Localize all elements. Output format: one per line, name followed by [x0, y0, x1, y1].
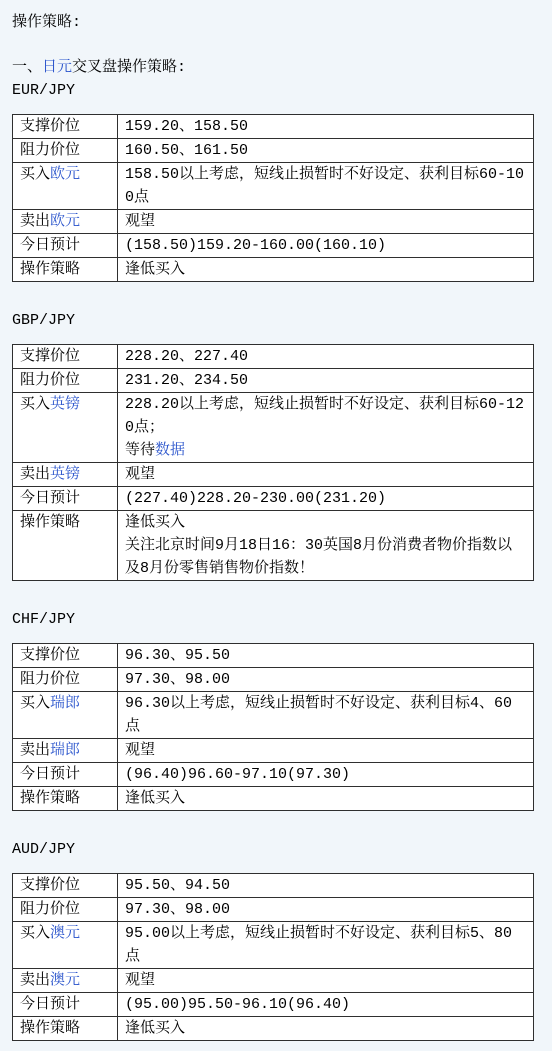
data-link[interactable]: 数据: [155, 442, 185, 459]
row-value: 观望: [118, 463, 534, 487]
row-value: 96.30、95.50: [118, 644, 534, 668]
value-text: 228.20以上考虑，短线止损暂时不好设定、获利目标60-120点；: [125, 396, 524, 436]
row-label: 阻力价位: [13, 898, 118, 922]
table-row: 买入英镑 228.20以上考虑，短线止损暂时不好设定、获利目标60-120点；等…: [13, 393, 534, 463]
table-row: 卖出瑞郎 观望: [13, 739, 534, 763]
jpy-link[interactable]: 日元: [42, 59, 72, 76]
section-heading: 一、日元交叉盘操作策略:EUR/JPY: [12, 56, 539, 102]
row-label: 阻力价位: [13, 139, 118, 163]
strategy-table-audjpy: 支撑价位 95.50、94.50 阻力价位 97.30、98.00 买入澳元 9…: [12, 873, 534, 1041]
table-row: 买入欧元 158.50以上考虑，短线止损暂时不好设定、获利目标60-100点: [13, 163, 534, 210]
row-value: 逢低买入: [118, 787, 534, 811]
table-row: 操作策略 逢低买入: [13, 1017, 534, 1041]
gbp-currency-link[interactable]: 英镑: [50, 396, 80, 413]
value-text: 关注北京时间9月18日16：30英国8月份消费者物价指数以及8月份零售销售物价指…: [125, 537, 512, 577]
row-label: 买入澳元: [13, 922, 118, 969]
value-text: 等待: [125, 442, 155, 459]
row-label: 支撑价位: [13, 115, 118, 139]
eur-currency-link[interactable]: 欧元: [50, 166, 80, 183]
row-value: 228.20、227.40: [118, 345, 534, 369]
table-row: 阻力价位 97.30、98.00: [13, 898, 534, 922]
table-row: 今日预计 (96.40)96.60-97.10(97.30): [13, 763, 534, 787]
strategy-table-chfjpy: 支撑价位 96.30、95.50 阻力价位 97.30、98.00 买入瑞郎 9…: [12, 643, 534, 811]
row-value: 逢低买入关注北京时间9月18日16：30英国8月份消费者物价指数以及8月份零售销…: [118, 511, 534, 581]
row-label: 卖出欧元: [13, 210, 118, 234]
table-row: 阻力价位 231.20、234.50: [13, 369, 534, 393]
row-label: 操作策略: [13, 787, 118, 811]
table-row: 操作策略 逢低买入关注北京时间9月18日16：30英国8月份消费者物价指数以及8…: [13, 511, 534, 581]
table-row: 今日预计 (227.40)228.20-230.00(231.20): [13, 487, 534, 511]
table-row: 阻力价位 97.30、98.00: [13, 668, 534, 692]
row-value: 96.30以上考虑，短线止损暂时不好设定、获利目标4、60点: [118, 692, 534, 739]
section-heading-suffix: 交叉盘操作策略:: [72, 59, 186, 76]
row-label: 今日预计: [13, 993, 118, 1017]
table-row: 卖出英镑 观望: [13, 463, 534, 487]
row-value: 231.20、234.50: [118, 369, 534, 393]
row-value: 逢低买入: [118, 1017, 534, 1041]
row-label: 今日预计: [13, 487, 118, 511]
row-value: 95.00以上考虑，短线止损暂时不好设定、获利目标5、80点: [118, 922, 534, 969]
table-row: 卖出欧元 观望: [13, 210, 534, 234]
row-value: 160.50、161.50: [118, 139, 534, 163]
row-value: 159.20、158.50: [118, 115, 534, 139]
strategy-table-gbpjpy: 支撑价位 228.20、227.40 阻力价位 231.20、234.50 买入…: [12, 344, 534, 581]
pair-label-audjpy: AUD/JPY: [12, 838, 539, 861]
row-label: 买入欧元: [13, 163, 118, 210]
aud-currency-link[interactable]: 澳元: [50, 972, 80, 989]
value-text: 逢低买入: [125, 514, 185, 531]
pair-label-chfjpy: CHF/JPY: [12, 608, 539, 631]
row-label: 今日预计: [13, 234, 118, 258]
row-label-text: 买入: [20, 925, 50, 942]
row-label-text: 卖出: [20, 466, 50, 483]
row-value: 95.50、94.50: [118, 874, 534, 898]
row-label: 阻力价位: [13, 668, 118, 692]
table-row: 操作策略 逢低买入: [13, 787, 534, 811]
row-value: 逢低买入: [118, 258, 534, 282]
strategy-table-eurjpy: 支撑价位 159.20、158.50 阻力价位 160.50、161.50 买入…: [12, 114, 534, 282]
row-label-text: 卖出: [20, 742, 50, 759]
row-value: 97.30、98.00: [118, 898, 534, 922]
table-row: 支撑价位 159.20、158.50: [13, 115, 534, 139]
table-row: 支撑价位 228.20、227.40: [13, 345, 534, 369]
row-value: (227.40)228.20-230.00(231.20): [118, 487, 534, 511]
row-value: 观望: [118, 210, 534, 234]
row-value: 观望: [118, 969, 534, 993]
row-label: 支撑价位: [13, 874, 118, 898]
row-label: 阻力价位: [13, 369, 118, 393]
pair-label-gbpjpy: GBP/JPY: [12, 309, 539, 332]
table-row: 买入瑞郎 96.30以上考虑，短线止损暂时不好设定、获利目标4、60点: [13, 692, 534, 739]
row-label: 操作策略: [13, 511, 118, 581]
row-label: 卖出瑞郎: [13, 739, 118, 763]
row-label: 买入英镑: [13, 393, 118, 463]
row-label-text: 卖出: [20, 972, 50, 989]
table-row: 买入澳元 95.00以上考虑，短线止损暂时不好设定、获利目标5、80点: [13, 922, 534, 969]
table-row: 操作策略 逢低买入: [13, 258, 534, 282]
table-row: 阻力价位 160.50、161.50: [13, 139, 534, 163]
row-value: (158.50)159.20-160.00(160.10): [118, 234, 534, 258]
table-row: 卖出澳元 观望: [13, 969, 534, 993]
row-label-text: 买入: [20, 166, 50, 183]
pair-label-eurjpy: EUR/JPY: [12, 82, 75, 99]
aud-currency-link[interactable]: 澳元: [50, 925, 80, 942]
row-label-text: 买入: [20, 396, 50, 413]
row-value: (95.00)95.50-96.10(96.40): [118, 993, 534, 1017]
row-value: (96.40)96.60-97.10(97.30): [118, 763, 534, 787]
row-value: 158.50以上考虑，短线止损暂时不好设定、获利目标60-100点: [118, 163, 534, 210]
row-label-text: 买入: [20, 695, 50, 712]
document-body: 操作策略: 一、日元交叉盘操作策略:EUR/JPY 支撑价位 159.20、15…: [0, 0, 552, 1051]
row-label: 操作策略: [13, 1017, 118, 1041]
row-label: 支撑价位: [13, 345, 118, 369]
chf-currency-link[interactable]: 瑞郎: [50, 742, 80, 759]
row-label: 支撑价位: [13, 644, 118, 668]
row-label-text: 卖出: [20, 213, 50, 230]
gbp-currency-link[interactable]: 英镑: [50, 466, 80, 483]
row-label: 今日预计: [13, 763, 118, 787]
row-label: 买入瑞郎: [13, 692, 118, 739]
table-row: 支撑价位 95.50、94.50: [13, 874, 534, 898]
row-value: 观望: [118, 739, 534, 763]
row-label: 卖出英镑: [13, 463, 118, 487]
row-label: 操作策略: [13, 258, 118, 282]
eur-currency-link[interactable]: 欧元: [50, 213, 80, 230]
section-heading-prefix: 一、: [12, 59, 42, 76]
page-title: 操作策略:: [12, 11, 539, 34]
row-value: 97.30、98.00: [118, 668, 534, 692]
table-row: 今日预计 (95.00)95.50-96.10(96.40): [13, 993, 534, 1017]
row-label: 卖出澳元: [13, 969, 118, 993]
row-value: 228.20以上考虑，短线止损暂时不好设定、获利目标60-120点；等待数据: [118, 393, 534, 463]
chf-currency-link[interactable]: 瑞郎: [50, 695, 80, 712]
table-row: 支撑价位 96.30、95.50: [13, 644, 534, 668]
table-row: 今日预计 (158.50)159.20-160.00(160.10): [13, 234, 534, 258]
